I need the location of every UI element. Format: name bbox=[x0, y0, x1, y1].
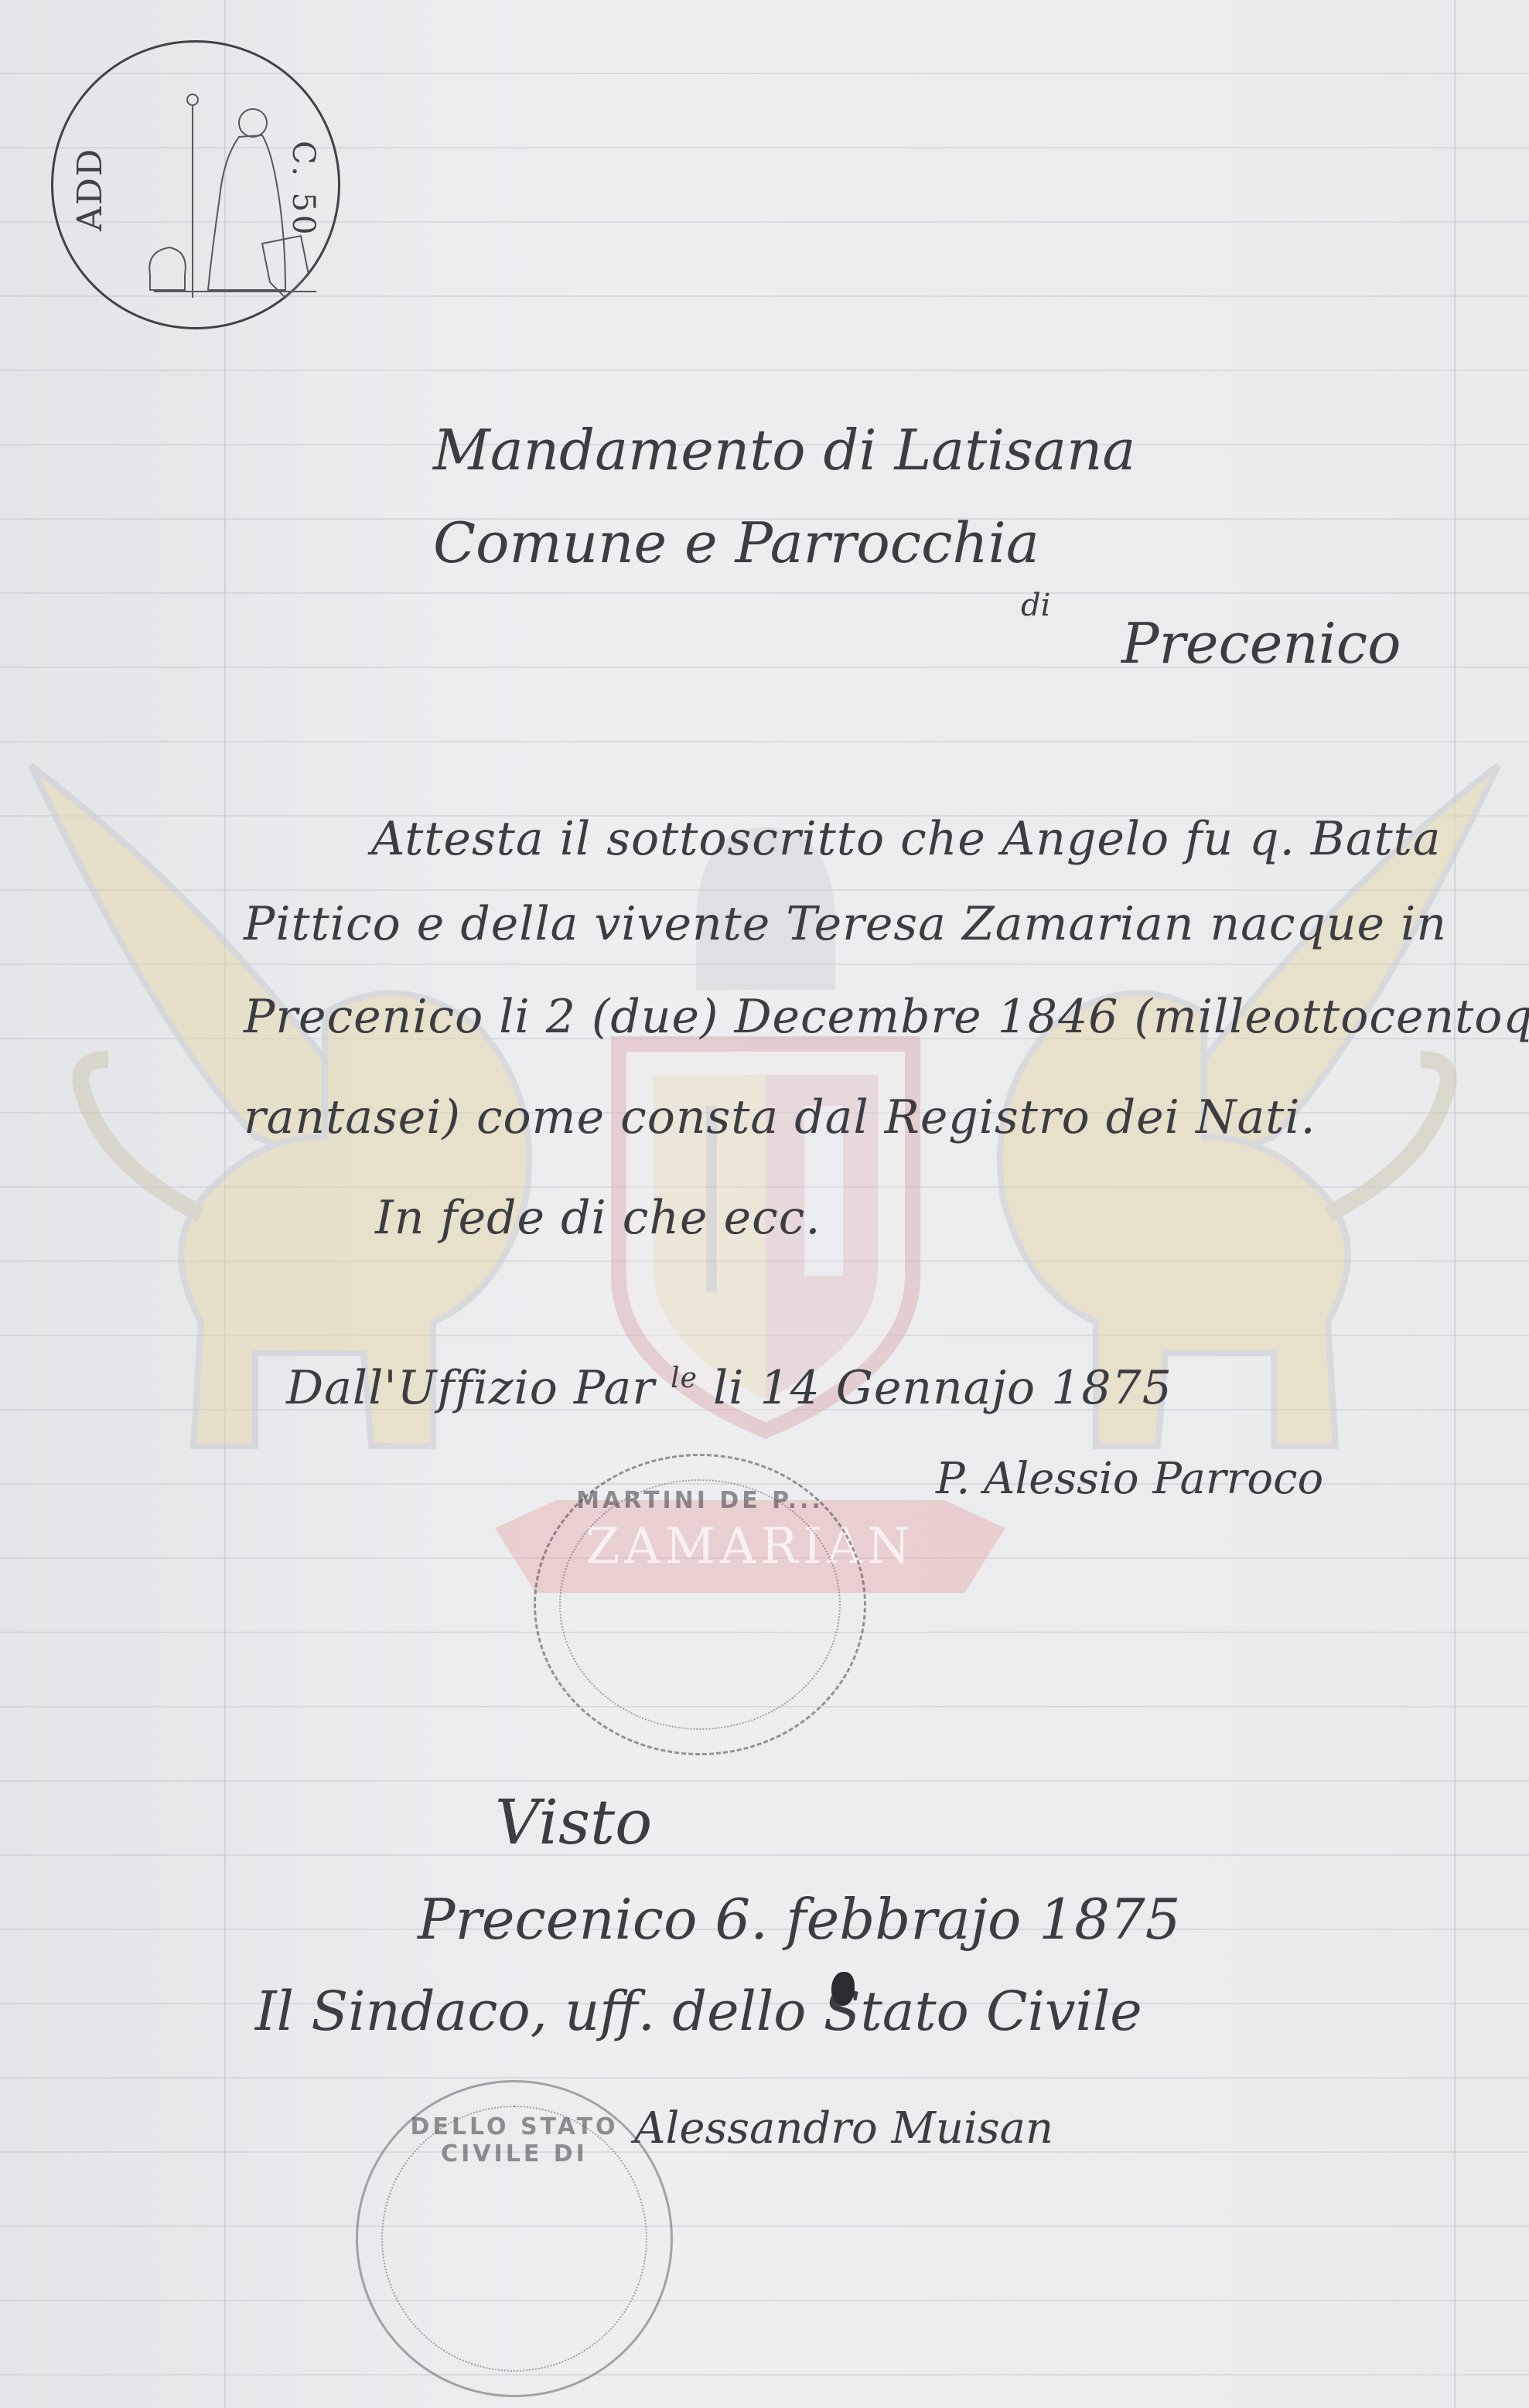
body-line-2: Pittico e della vivente Teresa Zamarian … bbox=[244, 897, 1447, 951]
place-date-sup: le bbox=[671, 1363, 698, 1394]
parish-seal: MARTINI DE P... bbox=[534, 1454, 866, 1755]
civil-registry-seal: DELLO STATO CIVILE DI bbox=[356, 2080, 673, 2397]
ink-blot bbox=[831, 1972, 855, 2006]
visto-label: Visto bbox=[495, 1786, 652, 1858]
body-line-1: Attesta il sottoscritto che Angelo fu q.… bbox=[371, 812, 1442, 866]
parish-signature: P. Alessio Parroco bbox=[936, 1454, 1323, 1504]
header-comune-parrocchia: Comune e Parrocchia bbox=[433, 510, 1039, 575]
ruled-margin-line bbox=[1454, 0, 1456, 2408]
parish-seal-text: MARTINI DE P... bbox=[536, 1487, 864, 1514]
body-line-3: Precenico li 2 (due) Decembre 1846 (mill… bbox=[244, 990, 1529, 1044]
civil-place-date: Precenico 6. febbrajo 1875 bbox=[418, 1887, 1181, 1952]
ruled-margin-line bbox=[224, 0, 226, 2408]
header-precenico: Precenico bbox=[1121, 611, 1401, 676]
parish-place-date: Dall'Uffizio Par le li 14 Gennajo 1875 bbox=[286, 1361, 1172, 1415]
place-date-prefix: Dall'Uffizio Par bbox=[286, 1361, 655, 1415]
civil-seal-text: DELLO STATO CIVILE DI bbox=[358, 2113, 671, 2168]
civil-signature: Alessandro Muisan bbox=[634, 2103, 1053, 2154]
civil-official-title: Il Sindaco, uff. dello Stato Civile bbox=[255, 1980, 1142, 2043]
header-di: di bbox=[1021, 588, 1050, 623]
revenue-stamp: ADD C. 50 bbox=[51, 40, 340, 329]
stamp-value: C. 50 bbox=[275, 128, 321, 251]
body-line-4: rantasei) come consta dal Registro dei N… bbox=[244, 1090, 1316, 1144]
stamp-monogram: ADD bbox=[70, 128, 117, 251]
place-date-suffix: li 14 Gennajo 1875 bbox=[713, 1361, 1172, 1415]
header-mandamento: Mandamento di Latisana bbox=[433, 418, 1135, 483]
body-line-5: In fede di che ecc. bbox=[375, 1191, 821, 1245]
